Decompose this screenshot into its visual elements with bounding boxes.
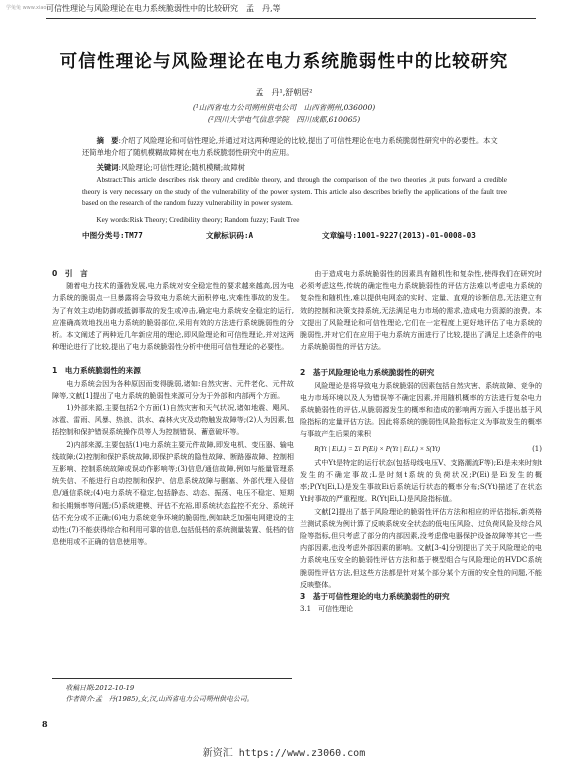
received-date: 收稿日期:2012-10-19 — [52, 683, 292, 694]
header-rule — [46, 18, 536, 19]
section-1-heading: 1 电力系统脆弱性的来源 — [52, 365, 294, 377]
intro-paragraph-2: 由于造成电力系统脆弱性的因素具有随机性和复杂性,使得我们在研究时必须考虑这些,传… — [300, 268, 542, 353]
author-bio: 作者简介:孟 丹(1985),女,汉,山西省电力公司朔州供电公司。 — [52, 694, 292, 705]
document-code: 文献标识码:A — [206, 230, 253, 241]
section-0-heading: 0 引 言 — [52, 268, 294, 280]
section-1-paragraph-3: 2)内部来源,主要包括(1)电力系统主要元件故障,即发电机、变压器、输电线故障;… — [52, 439, 294, 549]
running-header: 可信性理论与风险理论在电力系统脆弱性中的比较研究 孟 丹,等 — [46, 3, 281, 14]
keywords-en-text: :Risk Theory; Credibility theory; Random… — [128, 216, 300, 224]
section-3-1-heading: 3.1 可信性理论 — [300, 603, 542, 615]
section-1-paragraph-2: 1)外部来源,主要包括2个方面(1)自然灾害和天气状况,诸如地震、飓风、冰雹、雷… — [52, 402, 294, 439]
clc-number: 中图分类号:TM77 — [82, 230, 143, 241]
abstract-en-text: :This article describes risk theory and … — [82, 176, 507, 207]
abstract-en: Abstract:This article describes risk the… — [82, 175, 507, 210]
equation-1: R(Yt | Ei,L) = Σi P(Ei) × P(Yt | Ei,L) ×… — [300, 443, 542, 455]
watermark-top: 学兔兔 www.xiaoi — [6, 4, 48, 11]
left-column: 0 引 言 随着电力技术的蓬勃发展,电力系统对安全稳定性的要求越来越高,因为电力… — [52, 268, 294, 548]
section-1-paragraph-1: 电力系统会因为各种原因而变得脆弱,诸如:自然灾害、元件老化、元件故障等,文献[1… — [52, 378, 294, 402]
section-2-heading: 2 基于风险理论电力系统脆弱性的研究 — [300, 367, 542, 379]
abstract-cn-text: :介绍了风险理论和可信性理论,并通过对这两种理论的比较,提出了可信性理论在电力系… — [82, 136, 498, 157]
footnote-rule — [52, 678, 292, 679]
section-3-heading: 3 基于可信性理论的电力系统脆弱性的研究 — [300, 591, 542, 603]
equation-number: (1) — [532, 443, 542, 455]
risk-formula: R(Yt | Ei,L) = Σi P(Ei) × P(Yt | Ei,L) ×… — [314, 443, 440, 455]
keywords-en: Key words:Risk Theory; Credibility theor… — [82, 215, 507, 227]
abstract-cn-label: 摘 要 — [97, 136, 119, 145]
keywords-en-label: Key words — [96, 216, 127, 224]
article-number: 文章编号:1001-9227(2013)-01-0008-03 — [322, 230, 476, 241]
page-number: 8 — [42, 719, 48, 729]
keywords-cn-label: 关键词 — [97, 163, 119, 172]
keywords-cn-text: :风险理论;可信性理论;随机模糊;故障树 — [118, 163, 245, 172]
paper-title: 可信性理论与风险理论在电力系统脆弱性中的比较研究 — [0, 48, 568, 73]
affiliation-1: (¹山西省电力公司朔州供电公司 山西省朔州,036000) — [0, 102, 568, 113]
abstract-en-label: Abstract — [96, 176, 120, 184]
section-2-paragraph-2: 式中Yt是特定的运行状态(包括母线电压V、支路潮流F等);Ei是未来时刻t发生的… — [300, 457, 542, 506]
right-column: 由于造成电力系统脆弱性的因素具有随机性和复杂性,使得我们在研究时必须考虑这些,传… — [300, 268, 542, 615]
abstract-cn: 摘 要:介绍了风险理论和可信性理论,并通过对这两种理论的比较,提出了可信性理论在… — [82, 135, 502, 159]
section-2-paragraph-1: 风险理论是将导致电力系统脆弱的因素包括自然灾害、系统故障、竞争的电力市场环境以及… — [300, 380, 542, 441]
bottom-watermark: 新资汇 https://www.z3060.com — [0, 744, 568, 759]
section-0-paragraph: 随着电力技术的蓬勃发展,电力系统对安全稳定性的要求越来越高,因为电力系统的脆弱点… — [52, 280, 294, 353]
keywords-cn: 关键词:风险理论;可信性理论;随机模糊;故障树 — [82, 162, 502, 174]
authors: 孟 丹¹,舒朝居² — [0, 87, 568, 98]
section-2-paragraph-3: 文献[2]提出了基于风险理论的脆弱性评估方法和相应的评估指标,新英格兰测试系统为… — [300, 506, 542, 591]
affiliation-2: (²四川大学电气信息学院 四川成都,610065) — [0, 114, 568, 125]
